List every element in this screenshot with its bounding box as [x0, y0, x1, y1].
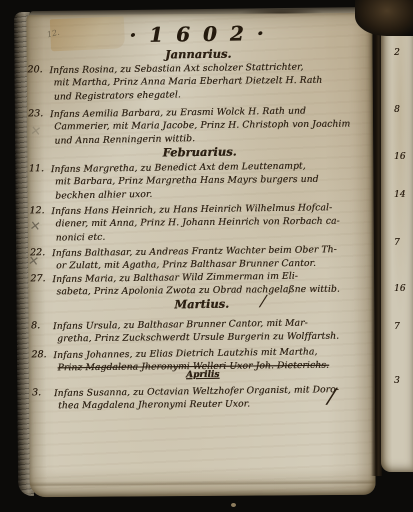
pencil-x-mark: ✕ [29, 124, 42, 140]
register-entry: 8. Infans Ursula, zu Balthasar Brunner C… [31, 316, 369, 347]
facing-page-day-number: 2 [394, 48, 400, 58]
register-entry: 11. Infans Margretha, zu Benedict Axt de… [29, 159, 368, 203]
pencil-x-mark: ✕ [27, 254, 40, 270]
entry-day-number: 8. [31, 320, 51, 346]
entry-line: thea Magdalena Jheronymi Reuter Uxor. [54, 396, 370, 412]
handwriting-layer: 12. · 1 6 0 2 · Jannarius. 20. Infans Ro… [25, 12, 378, 499]
dust-speck [231, 503, 236, 507]
facing-page-day-number: 3 [394, 376, 400, 386]
entry-text: Infans Hans Heinrich, zu Hans Heinrich W… [49, 201, 368, 244]
entry-day-number: 11. [29, 163, 50, 202]
entry-line: gretha, Prinz Zuckschwerdt Ursule Burger… [53, 329, 369, 345]
manuscript-page: 12. · 1 6 0 2 · Jannarius. 20. Infans Ro… [26, 13, 375, 497]
entry-text: Infans Ursula, zu Balthasar Brunner Cant… [51, 316, 369, 346]
facing-page-day-number: 7 [394, 238, 400, 248]
facing-page-day-number: 8 [394, 105, 400, 115]
register-entry: 3. Infans Susanna, zu Octavian Weltzhofe… [32, 383, 370, 414]
year-heading: · 1 6 0 2 · [25, 20, 371, 49]
entry-text: Infans Margretha, zu Benedict Axt dem Le… [49, 159, 368, 202]
entry-day-number: 27. [30, 273, 50, 299]
facing-page-day-number: 16 [394, 284, 405, 294]
facing-page-sliver: 2 8 16 14 7 16 7 3 [381, 26, 413, 472]
entry-text: Infans Aemilia Barbara, zu Erasmi Wolck … [48, 104, 367, 147]
entry-text: Infans Rosina, zu Sebastian Axt scholzer… [47, 60, 366, 103]
entry-text: Infans Susanna, zu Octavian Weltzhofer O… [52, 383, 370, 413]
facing-page-day-number: 14 [394, 190, 405, 200]
entry-day-number: 20. [27, 64, 48, 103]
facing-page-day-number: 7 [394, 322, 400, 332]
register-entry: 23. Infans Aemilia Barbara, zu Erasmi Wo… [28, 104, 367, 148]
manuscript-photo: 12. · 1 6 0 2 · Jannarius. 20. Infans Ro… [0, 0, 413, 512]
facing-page-day-number: 16 [394, 152, 405, 162]
register-entry: 12. Infans Hans Heinrich, zu Hans Heinri… [29, 201, 368, 245]
register-entry: 20. Infans Rosina, zu Sebastian Axt scho… [27, 60, 366, 104]
entry-day-number: 3. [32, 387, 52, 413]
pencil-x-mark: ✕ [29, 219, 42, 235]
